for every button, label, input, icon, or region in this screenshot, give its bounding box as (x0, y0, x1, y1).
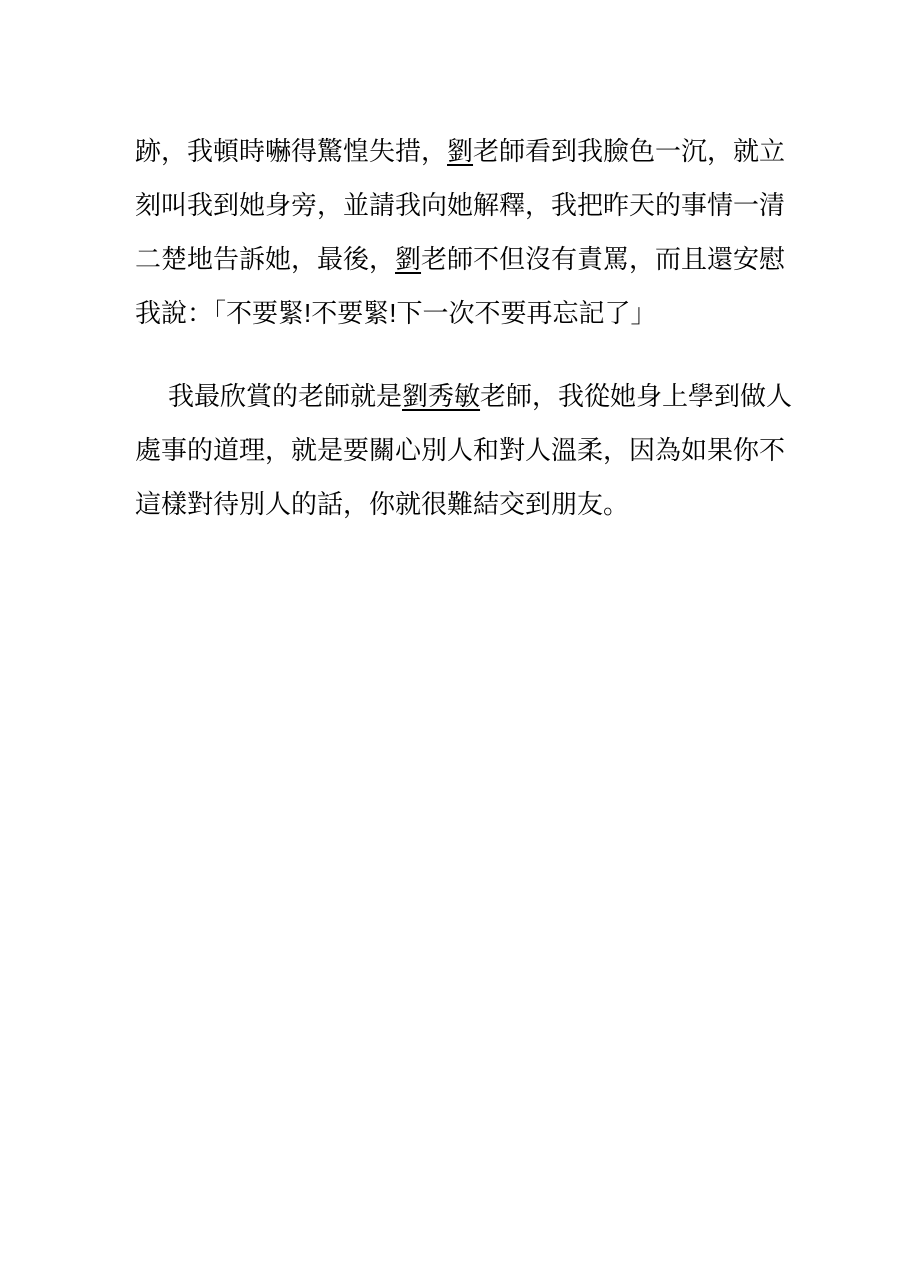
text-line: 我說：「不要緊!不要緊!下一次不要再忘記了」 (135, 286, 785, 340)
text-segment: 老師，我從她身上學到做人 (480, 381, 792, 411)
text-segment: 我最欣賞的老師就是 (168, 381, 402, 411)
document-body: 跡，我頓時嚇得驚惶失措，劉老師看到我臉色一沉，就立刻叫我到她身旁，並請我向她解釋… (135, 124, 785, 531)
text-line: 處事的道理，就是要關心別人和對人溫柔，因為如果你不 (135, 423, 785, 477)
text-segment: 老師看到我臉色一沉，就立 (473, 136, 785, 166)
text-line: 跡，我頓時嚇得驚惶失措，劉老師看到我臉色一沉，就立 (135, 124, 785, 178)
document-page: 跡，我頓時嚇得驚惶失措，劉老師看到我臉色一沉，就立刻叫我到她身旁，並請我向她解釋… (0, 0, 905, 1280)
paragraph-2: 我最欣賞的老師就是劉秀敏老師，我從她身上學到做人處事的道理，就是要關心別人和對人… (135, 369, 785, 531)
text-line: 這樣對待別人的話，你就很難結交到朋友。 (135, 477, 785, 531)
text-segment: 跡，我頓時嚇得驚惶失措， (135, 136, 447, 166)
text-segment: 老師不但沒有責罵，而且還安慰 (421, 244, 785, 274)
text-segment: 處事的道理，就是要關心別人和對人溫柔，因為如果你不 (135, 435, 785, 465)
underlined-name-segment: 劉秀敏 (402, 381, 480, 411)
text-line: 二楚地告訴她，最後，劉老師不但沒有責罵，而且還安慰 (135, 232, 785, 286)
paragraph-1: 跡，我頓時嚇得驚惶失措，劉老師看到我臉色一沉，就立刻叫我到她身旁，並請我向她解釋… (135, 124, 785, 340)
text-segment: 這樣對待別人的話，你就很難結交到朋友。 (135, 489, 629, 519)
text-segment: 二楚地告訴她，最後， (135, 244, 395, 274)
text-segment: 刻叫我到她身旁，並請我向她解釋，我把昨天的事情一清 (135, 190, 785, 220)
underlined-name-segment: 劉 (395, 244, 421, 274)
text-segment: 我說：「不要緊!不要緊!下一次不要再忘記了」 (135, 298, 656, 328)
text-line: 刻叫我到她身旁，並請我向她解釋，我把昨天的事情一清 (135, 178, 785, 232)
underlined-name-segment: 劉 (447, 136, 473, 166)
text-line: 我最欣賞的老師就是劉秀敏老師，我從她身上學到做人 (135, 369, 785, 423)
